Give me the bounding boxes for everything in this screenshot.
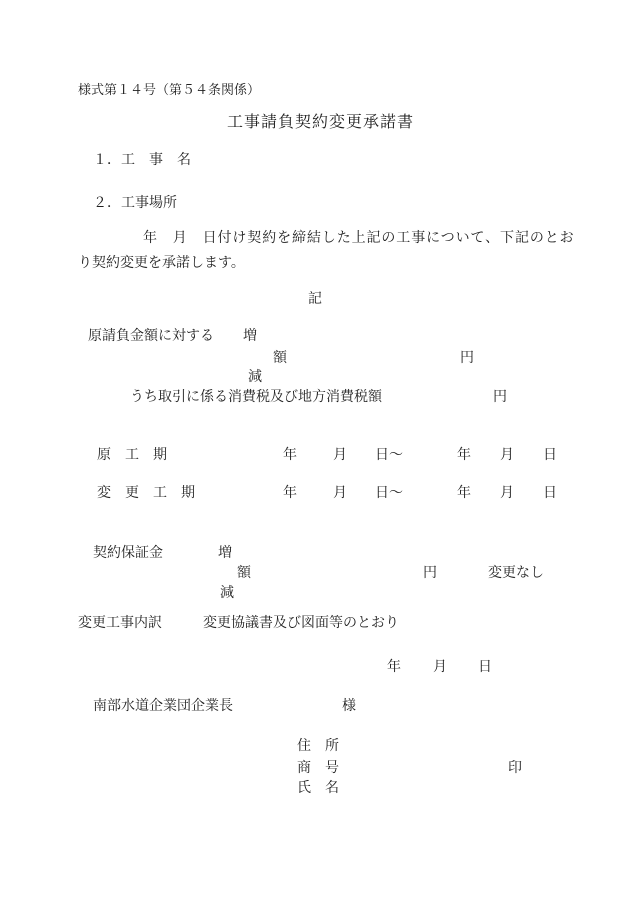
revised-period-to-month: 月 — [500, 487, 514, 501]
preamble-line-2: り契約変更を承諾します。 — [78, 257, 245, 271]
contract-amount-yen-unit: 円 — [460, 352, 474, 366]
original-period-to-day: 日 — [543, 449, 557, 463]
date-day-label: 日 — [478, 661, 492, 675]
recipient-honorific: 様 — [342, 700, 356, 714]
revised-period-from-month: 月 — [333, 487, 347, 501]
contract-amount-amount-label: 額 — [273, 352, 287, 366]
original-period-to-month: 月 — [500, 449, 514, 463]
revised-period-from-year: 年 — [283, 487, 297, 501]
original-period-label: 原 工 期 — [97, 449, 167, 463]
form-number: 様式第１４号（第５４条関係） — [78, 83, 260, 96]
revised-period-to-year: 年 — [457, 487, 471, 501]
original-period-from-year: 年 — [283, 449, 297, 463]
contract-amount-label: 原請負金額に対する — [88, 330, 214, 344]
contract-amount-decrease-label: 減 — [248, 371, 262, 385]
contract-bond-label: 契約保証金 — [93, 547, 163, 561]
signature-name-label: 氏 名 — [297, 782, 339, 796]
record-marker: 記 — [308, 293, 322, 307]
signature-address-label: 住 所 — [297, 740, 339, 754]
signature-trade-name-label: 商 号 — [297, 762, 339, 776]
consumption-tax-label: うち取引に係る消費税及び地方消費税額 — [130, 391, 382, 405]
work-breakdown-value: 変更協議書及び図面等のとおり — [203, 617, 399, 631]
original-period-from-month: 月 — [333, 449, 347, 463]
date-month-label: 月 — [433, 661, 447, 675]
original-period-from-day: 日～ — [375, 449, 403, 463]
work-location-item: ２．工事場所 — [93, 197, 177, 211]
contract-bond-increase-label: 増 — [218, 547, 232, 561]
contract-bond-amount-label: 額 — [237, 567, 251, 581]
original-period-to-year: 年 — [457, 449, 471, 463]
consumption-tax-yen-unit: 円 — [493, 391, 507, 405]
signature-seal-label: 印 — [508, 762, 522, 776]
revised-period-to-day: 日 — [543, 487, 557, 501]
contract-amount-increase-label: 増 — [243, 330, 257, 344]
revised-period-from-day: 日～ — [375, 487, 403, 501]
contract-change-acceptance-form-page: 様式第１４号（第５４条関係） 工事請負契約変更承諾書 １．工 事 名 ２．工事場… — [0, 0, 630, 903]
date-year-label: 年 — [387, 661, 401, 675]
document-title: 工事請負契約変更承諾書 — [227, 115, 414, 131]
preamble-line-1: 年 月 日付け契約を締結した上記の工事について、下記のとお — [143, 232, 575, 246]
contract-bond-no-change-label: 変更なし — [488, 567, 544, 581]
work-breakdown-label: 変更工事内訳 — [78, 617, 162, 631]
contract-bond-yen-unit: 円 — [423, 567, 437, 581]
work-name-item: １．工 事 名 — [93, 154, 191, 168]
contract-bond-decrease-label: 減 — [220, 587, 234, 601]
recipient-name: 南部水道企業団企業長 — [93, 700, 233, 714]
revised-period-label: 変 更 工 期 — [97, 487, 195, 501]
